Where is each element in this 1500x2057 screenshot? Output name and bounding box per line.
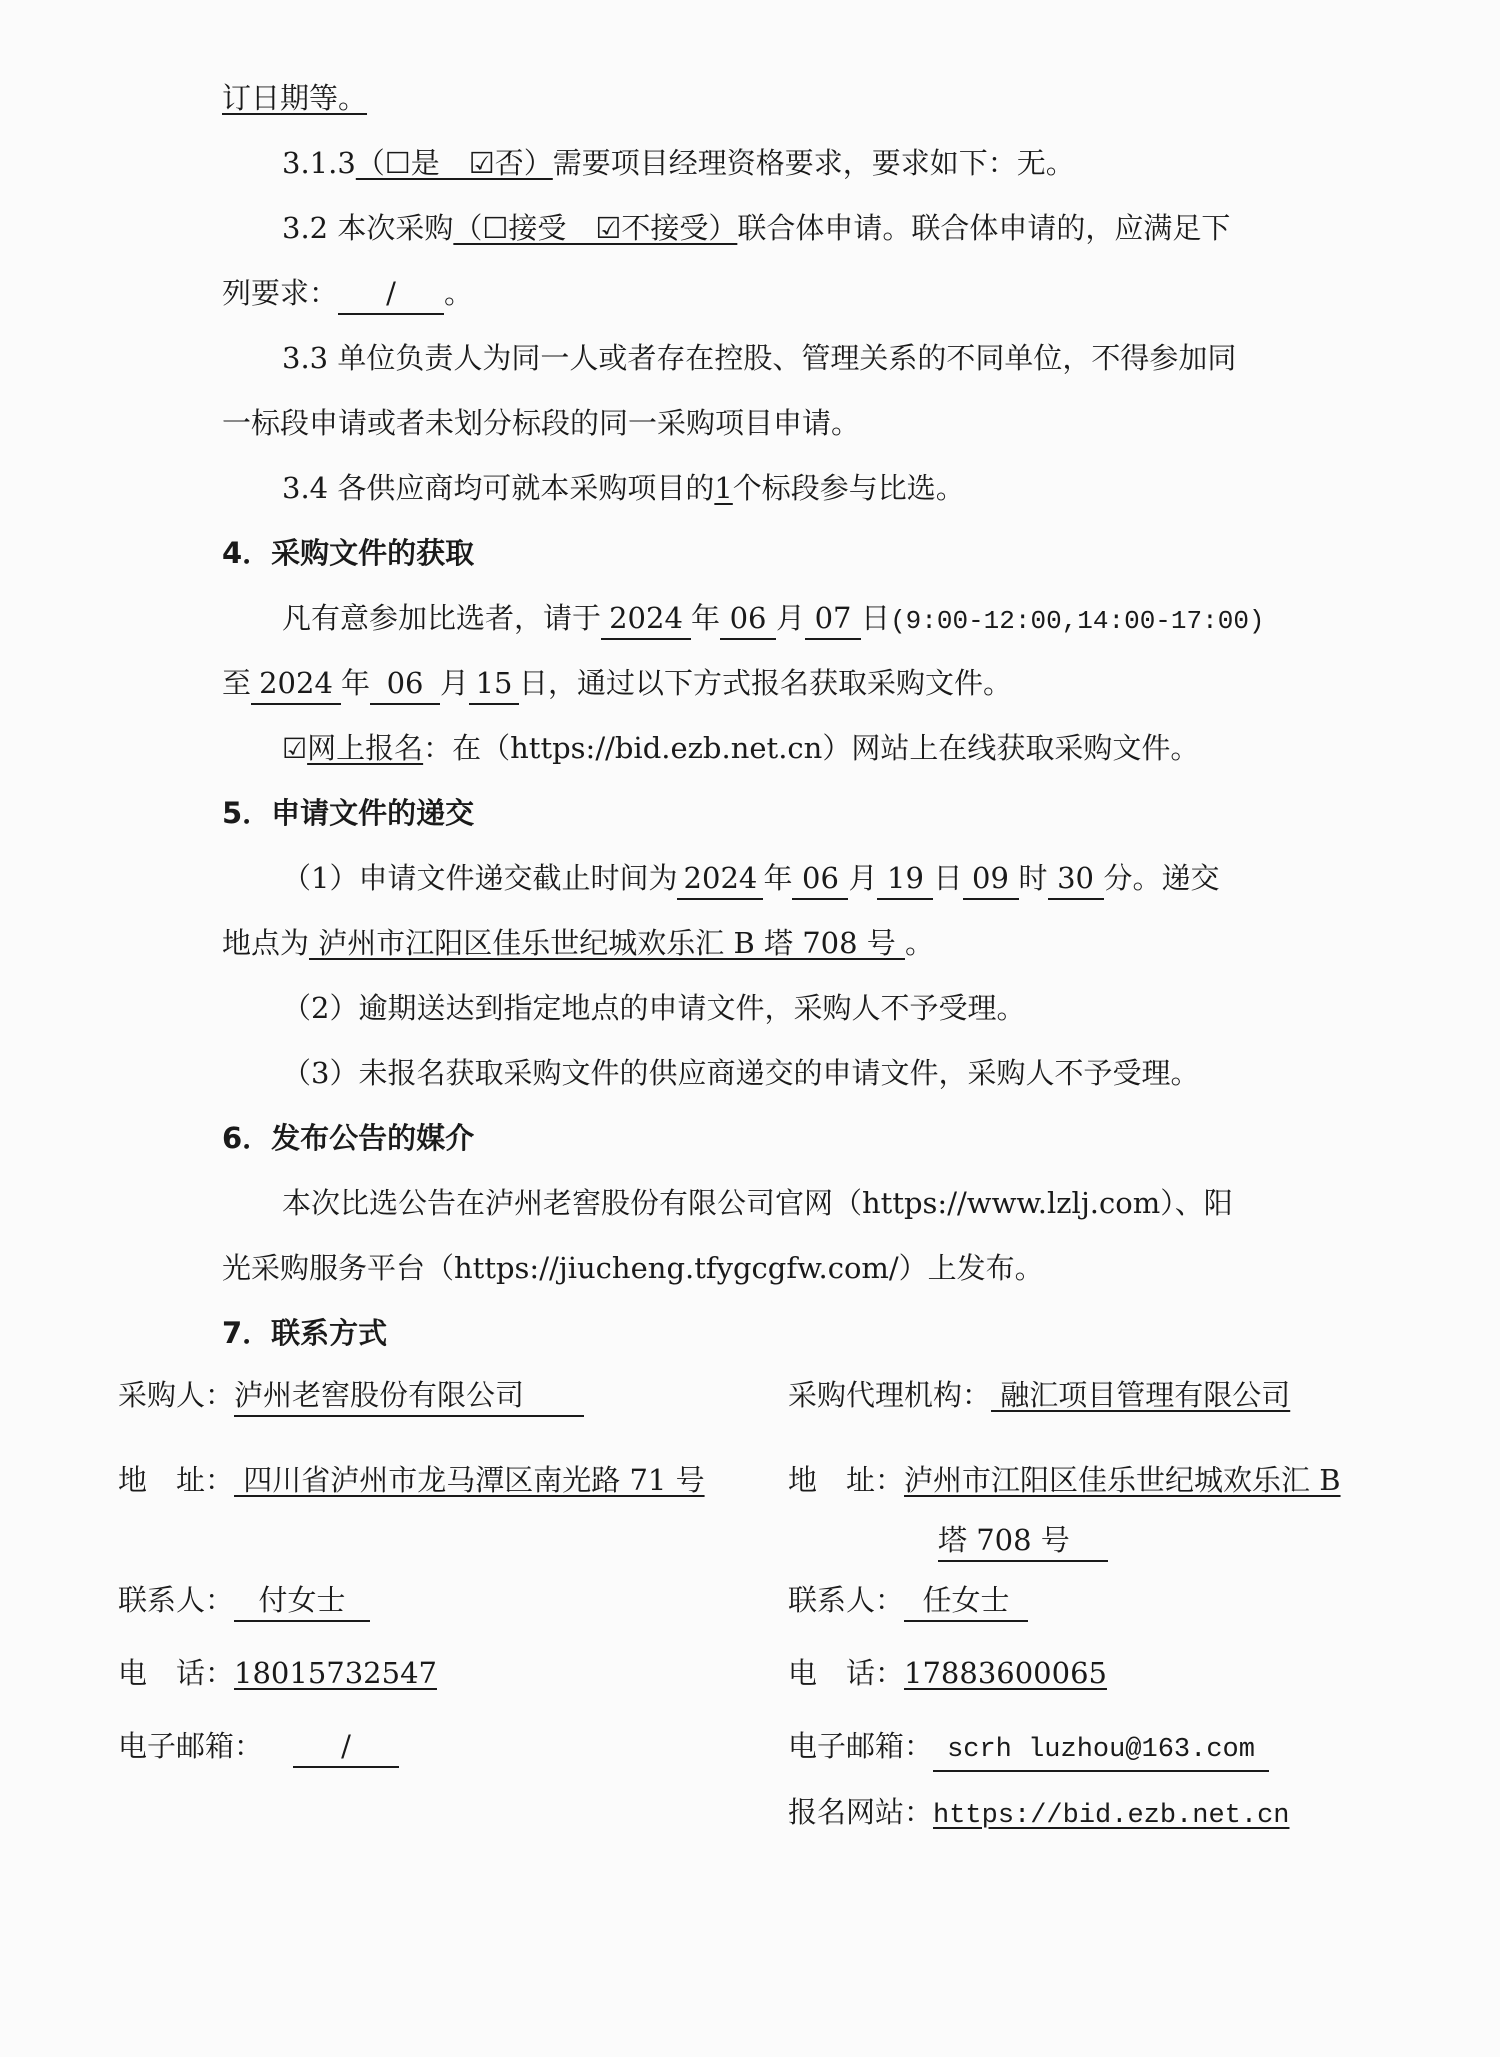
consortium-options: （☐接受 ☑不接受） xyxy=(453,211,737,245)
clause-3-2: 3.2 本次采购（☐接受 ☑不接受）联合体申请。联合体申请的，应满足下 xyxy=(282,208,1230,248)
acquisition-period-end: 至2024年06月15日，通过以下方式报名获取采购文件。 xyxy=(222,663,1012,705)
clause-3-2-cont: 列要求：/。 xyxy=(222,273,473,315)
acquisition-period: 凡有意参加比选者，请于2024年06月07日(9:00-12:00,14:00-… xyxy=(282,598,1265,641)
agent-contact: 联系人： 任女士 xyxy=(788,1580,1028,1622)
checkbox-checked-icon: ☑ xyxy=(282,729,307,769)
agent-address: 地 址：泸州市江阳区佳乐世纪城欢乐汇 B xyxy=(788,1460,1341,1500)
clause-3-3: 3.3 单位负责人为同一人或者存在控股、管理关系的不同单位，不得参加同 xyxy=(282,338,1236,378)
section-7-heading: 7．联系方式 xyxy=(222,1313,387,1353)
late-submission-rule: （2）逾期送达到指定地点的申请文件，采购人不予受理。 xyxy=(282,988,1025,1028)
media-paragraph: 本次比选公告在泸州老窖股份有限公司官网（https://www.lzlj.com… xyxy=(282,1183,1233,1223)
buyer-phone: 电 话：18015732547 xyxy=(118,1653,437,1693)
agent-phone: 电 话：17883600065 xyxy=(788,1653,1107,1693)
buyer-email: 电子邮箱：/ xyxy=(118,1726,399,1768)
agent-registration-site: 报名网站：https://bid.ezb.net.cn xyxy=(788,1792,1289,1836)
section-4-heading: 4．采购文件的获取 xyxy=(222,533,474,573)
section-5-heading: 5．申请文件的递交 xyxy=(222,793,474,833)
media-paragraph-cont: 光采购服务平台（https://jiucheng.tfygcgfw.com/）上… xyxy=(222,1248,1044,1288)
clause-3-1-3: 3.1.3（☐是 ☑否）需要项目经理资格要求，要求如下：无。 xyxy=(282,143,1075,183)
unregistered-submission-rule: （3）未报名获取采购文件的供应商递交的申请文件，采购人不予受理。 xyxy=(282,1053,1199,1093)
agent-email: 电子邮箱： scrh luzhou@163.com xyxy=(788,1726,1269,1772)
consortium-requirement-blank: / xyxy=(338,273,444,315)
agent-name: 采购代理机构： 融汇项目管理有限公司 xyxy=(788,1375,1290,1415)
clause-3-3-cont: 一标段申请或者未划分标段的同一采购项目申请。 xyxy=(222,403,860,443)
pm-requirement-options: （☐是 ☑否） xyxy=(356,146,553,180)
clause-3-4: 3.4 各供应商均可就本采购项目的1个标段参与比选。 xyxy=(282,468,965,508)
buyer-address: 地 址： 四川省泸州市龙马潭区南光路 71 号 xyxy=(118,1460,705,1500)
submission-place: 地点为 泸州市江阳区佳乐世纪城欢乐汇 B 塔 708 号 。 xyxy=(222,923,934,963)
registration-site-link[interactable]: https://bid.ezb.net.cn xyxy=(933,1801,1289,1831)
line-order-date: 订日期等。 xyxy=(222,78,367,118)
buyer-contact: 联系人： 付女士 xyxy=(118,1580,370,1622)
agent-address-cont: 塔 708 号 xyxy=(938,1520,1108,1562)
section-6-heading: 6．发布公告的媒介 xyxy=(222,1118,474,1158)
buyer-name: 采购人：泸州老窖股份有限公司 xyxy=(118,1375,584,1417)
submission-deadline: （1）申请文件递交截止时间为2024年06月19日09时30分。递交 xyxy=(282,858,1220,900)
online-registration: ☑网上报名：在（https://bid.ezb.net.cn）网站上在线获取采购… xyxy=(282,728,1199,769)
